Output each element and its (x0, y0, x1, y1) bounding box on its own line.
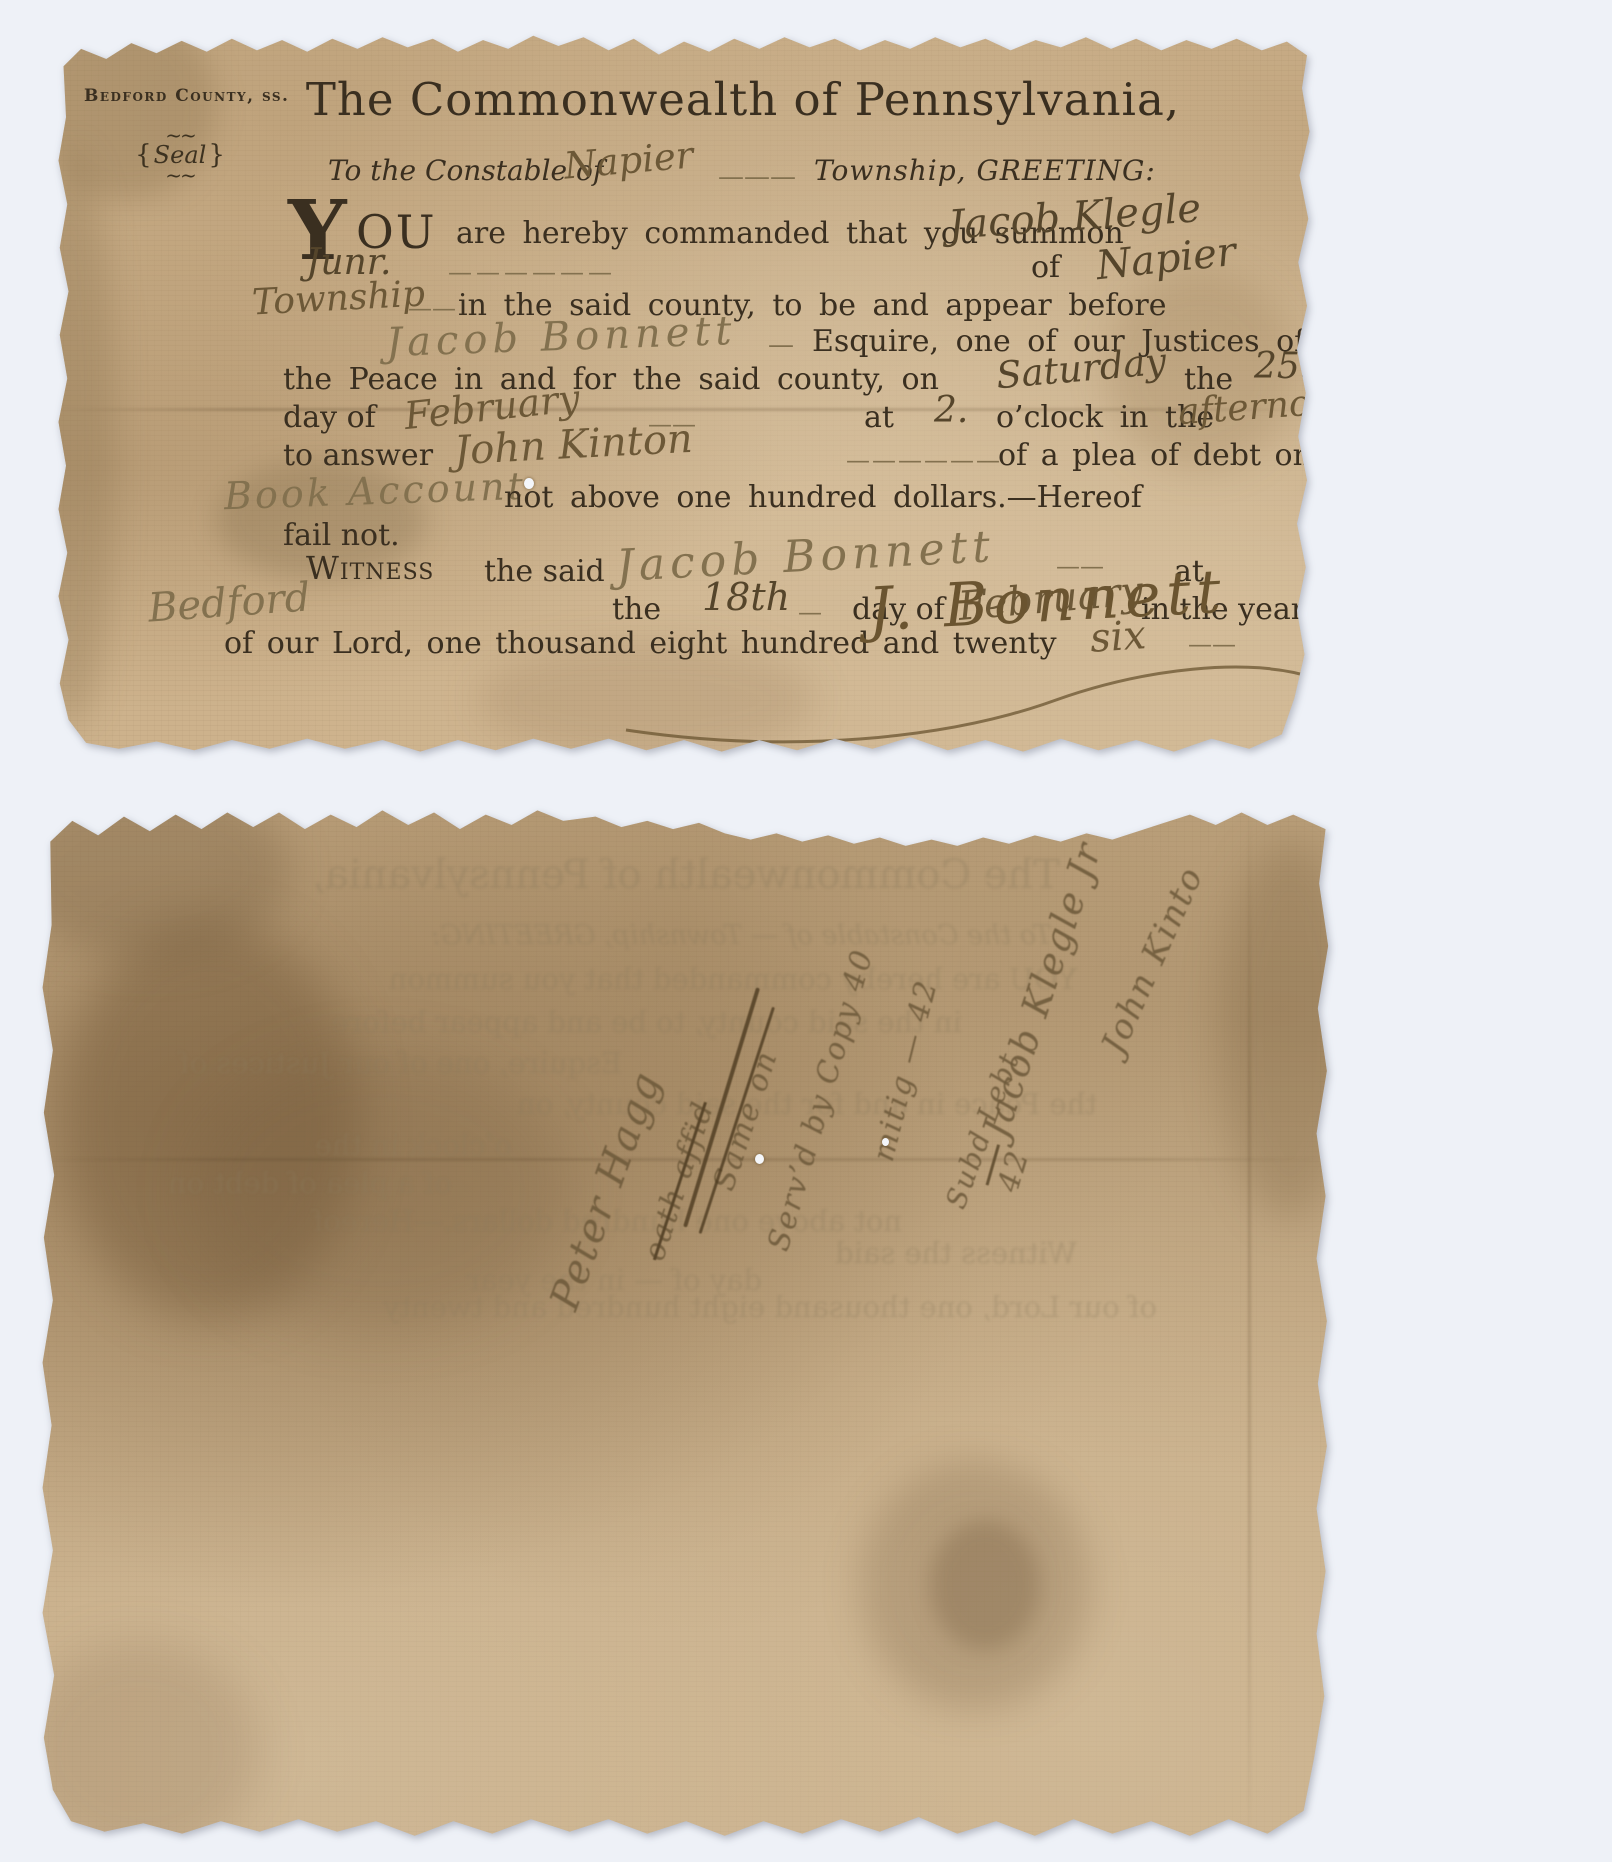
constable-prefix: To the Constable of (328, 156, 603, 185)
justice-name-handwritten: Jacob Bonnett (385, 310, 737, 364)
seal-ornament-top: ~~ (132, 130, 228, 140)
ghost-line: The Commonwealth of Pennsylvania, (40, 852, 1332, 898)
ghost-line: Witness the said (835, 1236, 1077, 1270)
front-page: Bedford County, ss. ~~ {Seal} ~~ The Com… (56, 30, 1312, 756)
punch-hole (882, 1138, 889, 1146)
seal-mark: ~~ {Seal} ~~ (132, 130, 228, 180)
ghost-line: To the Constable of — Township, GREETING… (431, 920, 1052, 951)
signature-flourish (616, 642, 1316, 752)
the-said-printed: the said (484, 556, 605, 588)
ghost-line: of our Lord, one thousand eight hundred … (383, 1290, 1157, 1324)
handwritten-dash: ——— (718, 164, 796, 191)
township-word-handwritten: Township (251, 275, 426, 322)
handwritten-dash: — (768, 332, 794, 359)
ghost-line: Esquire, one of our Justices of (179, 1046, 622, 1080)
amount-printed: not above one hundred dollars.—Hereof (504, 482, 1142, 514)
witness-word-printed: Witness (306, 552, 434, 586)
hour-handwritten: 2. (934, 392, 968, 430)
stain (26, 150, 116, 730)
peace-printed: the Peace in and for the said county, on (283, 364, 939, 396)
month-day-handwritten: 25th (1254, 348, 1337, 386)
document-title: The Commonwealth of Pennsylvania, (56, 76, 1312, 123)
seal-brace-right: } (208, 140, 225, 170)
witness-the-printed: the (612, 594, 661, 626)
day-of-printed: day of (283, 402, 376, 434)
handwritten-dash: —————— (448, 260, 616, 285)
back-page-sheet: The Commonwealth of Pennsylvania, To the… (40, 800, 1332, 1842)
handwritten-dash: —————— (846, 448, 1002, 473)
back-page: The Commonwealth of Pennsylvania, To the… (40, 800, 1332, 1842)
fail-not-printed: fail not. (283, 520, 400, 552)
seal-ornament-bottom: ~~ (132, 170, 228, 180)
plea-printed: of a plea of debt on (998, 440, 1312, 472)
document-scan: Bedford County, ss. ~~ {Seal} ~~ The Com… (0, 0, 1612, 1862)
front-page-sheet: Bedford County, ss. ~~ {Seal} ~~ The Com… (56, 30, 1312, 756)
place-handwritten: Bedford (147, 576, 312, 629)
seal-brace-left: { (135, 140, 152, 170)
time-of-day-handwritten: afternoon (1177, 382, 1357, 432)
ghost-line: in the said county, to be and appear bef… (331, 1005, 962, 1039)
cause-handwritten: Book Account (223, 467, 526, 517)
punch-hole (755, 1154, 764, 1164)
justice-signature: J. Bonnett (867, 561, 1229, 643)
ghost-line: YOU are hereby commanded that you summon (389, 962, 1077, 996)
handwritten-dash: — (798, 600, 822, 625)
ghost-line: o’clock in the (315, 1128, 512, 1162)
at-printed: at (864, 402, 894, 434)
constable-suffix: Township, GREETING: (814, 156, 1156, 185)
of-printed: of (1031, 252, 1060, 284)
punch-hole (524, 478, 534, 489)
ghost-line: of a plea of debt on (168, 1166, 452, 1200)
township-name-handwritten: Napier (563, 136, 695, 186)
witness-day-handwritten: 18th (702, 578, 790, 618)
